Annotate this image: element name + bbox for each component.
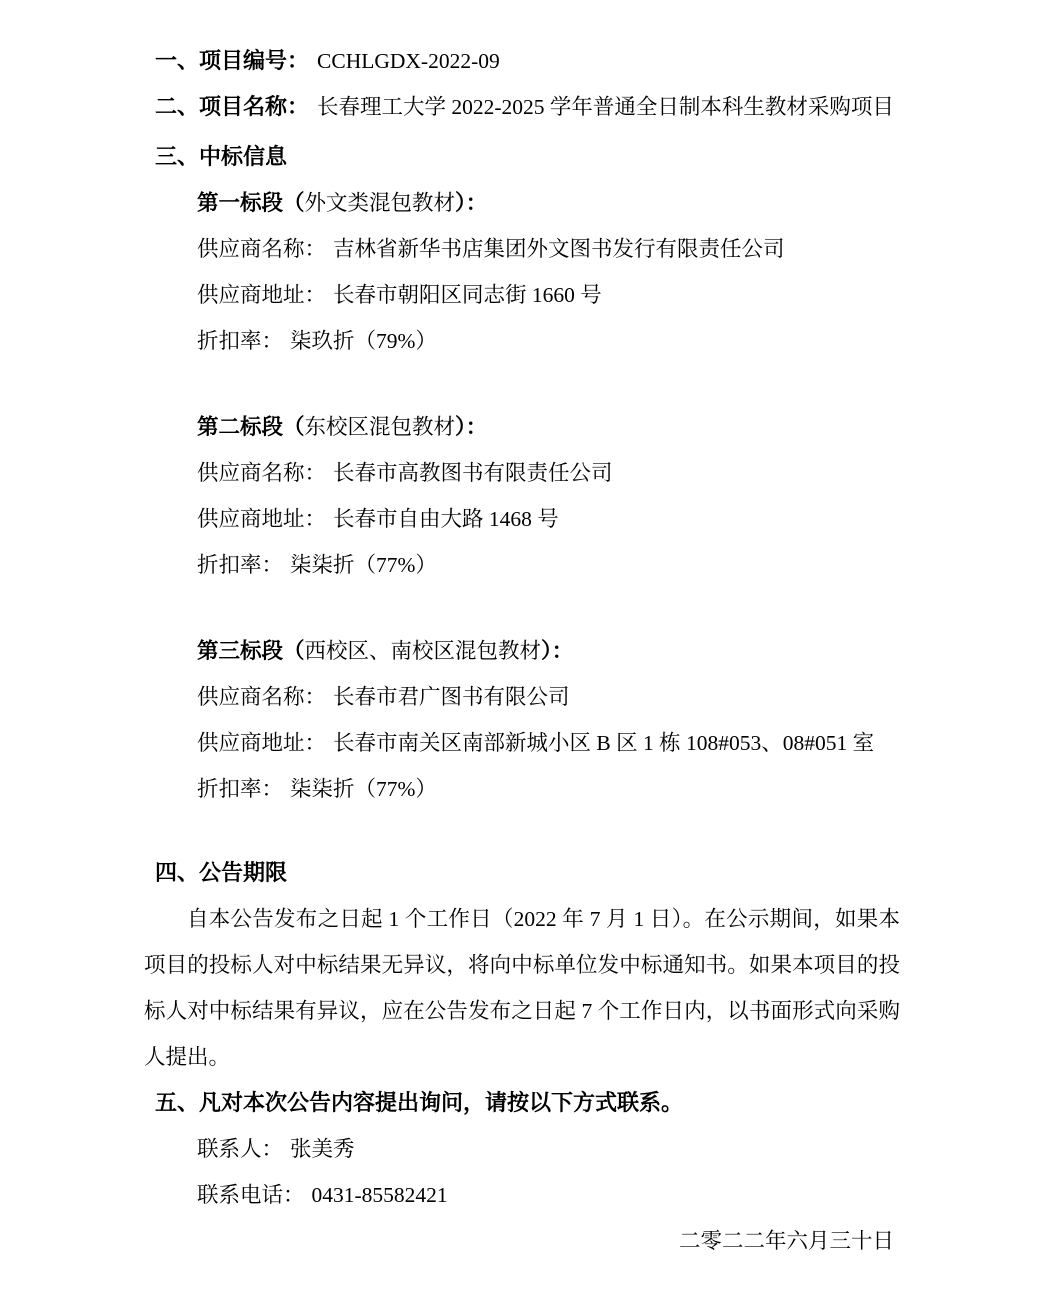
- lot-3-supplier-address-line: 供应商地址：长春市南关区南部新城小区 B 区 1 栋 108#053、08#05…: [144, 720, 900, 766]
- lot-3-heading: 第三标段（西校区、南校区混包教材）：: [144, 628, 900, 674]
- discount-value: 柒柒折（77%）: [290, 553, 437, 577]
- lot-block-2: 第二标段（东校区混包教材）： 供应商名称：长春市高教图书有限责任公司 供应商地址…: [144, 404, 900, 588]
- contact-phone-line: 联系电话：0431-85582421: [144, 1172, 900, 1218]
- lot-3-category: 西校区、南校区混包教材: [305, 639, 542, 663]
- contact-phone-value: 0431-85582421: [312, 1183, 448, 1207]
- lot-block-1: 第一标段（外文类混包教材）： 供应商名称：吉林省新华书店集团外文图书发行有限责任…: [144, 180, 900, 364]
- lot-1-discount-line: 折扣率：柒玖折（79%）: [144, 318, 900, 364]
- footer-date: 二零二二年六月三十日: [144, 1218, 900, 1264]
- discount-value: 柒玖折（79%）: [290, 329, 437, 353]
- lot-2-supplier-name-line: 供应商名称：长春市高教图书有限责任公司: [144, 450, 900, 496]
- discount-value: 柒柒折（77%）: [290, 777, 437, 801]
- supplier-name-label: 供应商名称：: [197, 461, 326, 485]
- supplier-name-label: 供应商名称：: [197, 237, 326, 261]
- project-number-value: CCHLGDX-2022-09: [317, 49, 500, 73]
- announcement-period-paragraph: 自本公告发布之日起 1 个工作日（2022 年 7 月 1 日）。在公示期间，如…: [144, 896, 900, 1080]
- contact-person-line: 联系人：张美秀: [144, 1126, 900, 1172]
- lot-2-supplier-address-line: 供应商地址：长春市自由大路 1468 号: [144, 496, 900, 542]
- lot-1-category: 外文类混包教材: [305, 191, 456, 215]
- contact-person-value: 张美秀: [290, 1137, 355, 1161]
- lot-2-open-paren: （: [283, 415, 305, 439]
- supplier-name-value: 长春市高教图书有限责任公司: [333, 461, 613, 485]
- supplier-address-label: 供应商地址：: [197, 507, 326, 531]
- supplier-address-value: 长春市自由大路 1468 号: [333, 507, 559, 531]
- section-3-heading: 三、中标信息: [144, 134, 900, 180]
- lot-2-category: 东校区混包教材: [305, 415, 456, 439]
- lot-2-close-paren: ）：: [455, 415, 487, 439]
- lot-2-heading: 第二标段（东校区混包教材）：: [144, 404, 900, 450]
- document-content: 一、项目编号：CCHLGDX-2022-09 二、项目名称：长春理工大学 202…: [0, 0, 1044, 1264]
- lot-block-3: 第三标段（西校区、南校区混包教材）： 供应商名称：长春市君广图书有限公司 供应商…: [144, 628, 900, 812]
- lot-2-name: 第二标段: [197, 415, 283, 439]
- section-2-heading: 二、项目名称：: [155, 94, 309, 119]
- section-1-heading: 一、项目编号：: [155, 48, 309, 73]
- section-2-project-name-line: 二、项目名称：长春理工大学 2022-2025 学年普通全日制本科生教材采购项目: [144, 84, 900, 130]
- supplier-address-label: 供应商地址：: [197, 731, 326, 755]
- lot-3-discount-line: 折扣率：柒柒折（77%）: [144, 766, 900, 812]
- supplier-name-label: 供应商名称：: [197, 685, 326, 709]
- lot-3-name: 第三标段: [197, 639, 283, 663]
- lot-1-supplier-name-line: 供应商名称：吉林省新华书店集团外文图书发行有限责任公司: [144, 226, 900, 272]
- supplier-name-value: 吉林省新华书店集团外文图书发行有限责任公司: [333, 237, 785, 261]
- lot-3-supplier-name-line: 供应商名称：长春市君广图书有限公司: [144, 674, 900, 720]
- lot-1-supplier-address-line: 供应商地址：长春市朝阳区同志街 1660 号: [144, 272, 900, 318]
- lot-1-heading: 第一标段（外文类混包教材）：: [144, 180, 900, 226]
- discount-label: 折扣率：: [197, 777, 283, 801]
- discount-label: 折扣率：: [197, 553, 283, 577]
- supplier-name-value: 长春市君广图书有限公司: [333, 685, 570, 709]
- contact-phone-label: 联系电话：: [197, 1183, 305, 1207]
- document-page: 一、项目编号：CCHLGDX-2022-09 二、项目名称：长春理工大学 202…: [0, 0, 1044, 1300]
- lot-1-close-paren: ）：: [455, 191, 487, 215]
- supplier-address-value: 长春市南关区南部新城小区 B 区 1 栋 108#053、08#051 室: [333, 731, 874, 755]
- lot-1-name: 第一标段: [197, 191, 283, 215]
- lot-3-open-paren: （: [283, 639, 305, 663]
- lot-3-close-paren: ）：: [541, 639, 573, 663]
- lot-1-open-paren: （: [283, 191, 305, 215]
- section-5-heading: 五、凡对本次公告内容提出询问，请按以下方式联系。: [144, 1080, 900, 1126]
- project-name-value: 长春理工大学 2022-2025 学年普通全日制本科生教材采购项目: [317, 95, 894, 119]
- contact-person-label: 联系人：: [197, 1137, 283, 1161]
- lot-2-discount-line: 折扣率：柒柒折（77%）: [144, 542, 900, 588]
- section-4-heading: 四、公告期限: [144, 850, 900, 896]
- discount-label: 折扣率：: [197, 329, 283, 353]
- supplier-address-label: 供应商地址：: [197, 283, 326, 307]
- section-1-project-number-line: 一、项目编号：CCHLGDX-2022-09: [144, 38, 900, 84]
- supplier-address-value: 长春市朝阳区同志街 1660 号: [333, 283, 602, 307]
